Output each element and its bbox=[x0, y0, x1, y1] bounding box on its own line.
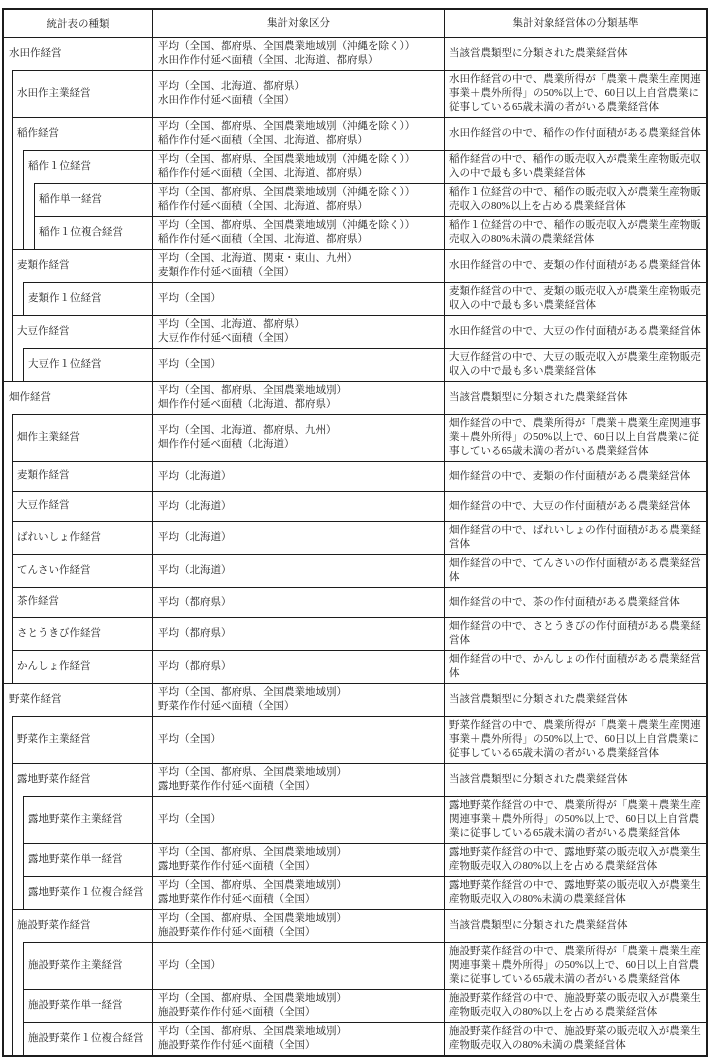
target-line: 平均（全国、都府県、全国農業地域別） bbox=[158, 1025, 439, 1039]
row-criteria-cell: 当該営農類型に分類された農業経営体 bbox=[444, 909, 706, 942]
row-label: 大豆作経営 bbox=[4, 497, 72, 515]
row-type-cell: 野菜作経営 bbox=[4, 683, 152, 716]
table-row: 施設野菜作経営平均（全国、都府県、全国農業地域別）施設野菜作作付延べ面積（全国）… bbox=[4, 909, 706, 942]
hierarchy-guide-line bbox=[12, 183, 13, 216]
hierarchy-separator-line bbox=[34, 183, 152, 184]
hierarchy-separator-line bbox=[4, 381, 152, 382]
target-line: 稲作作付延べ面積（全国、北海道、都府県） bbox=[158, 233, 439, 247]
hierarchy-guide-line bbox=[12, 617, 13, 650]
row-target-cell: 平均（全国、都府県、全国農業地域別（沖縄を除く））稲作作付延べ面積（全国、北海道… bbox=[152, 117, 444, 150]
target-line: 稲作作付延べ面積（全国、北海道、都府県） bbox=[158, 200, 439, 214]
row-target-cell: 平均（全国、都府県、全国農業地域別（沖縄を除く））稲作作付延べ面積（全国、北海道… bbox=[152, 216, 444, 249]
row-criteria-cell: 水田作経営の中で、麦類の作付面積がある農業経営体 bbox=[444, 249, 706, 282]
target-line: 平均（北海道） bbox=[158, 531, 439, 545]
row-type-cell: 稲作１位複合経営 bbox=[4, 216, 152, 249]
hierarchy-separator-line bbox=[12, 491, 152, 492]
row-target-cell: 平均（全国） bbox=[152, 282, 444, 315]
row-type-cell: 大豆作１位経営 bbox=[4, 348, 152, 381]
row-type-cell: 茶作経営 bbox=[4, 587, 152, 617]
row-criteria-cell: 畑作経営の中で、麦類の作付面積がある農業経営体 bbox=[444, 461, 706, 491]
row-criteria-cell: 露地野菜作経営の中で、露地野菜の販売収入が農業生産物販売収入の80%未満の農業経… bbox=[444, 876, 706, 909]
hierarchy-separator-line bbox=[12, 521, 152, 522]
hierarchy-guide-line bbox=[23, 876, 24, 909]
hierarchy-guide-line bbox=[12, 989, 13, 1022]
row-criteria-cell: 当該営農類型に分類された農業経営体 bbox=[444, 37, 706, 70]
row-type-cell: 麦類作１位経営 bbox=[4, 282, 152, 315]
target-line: 稲作作付延べ面積（全国、北海道、都府県） bbox=[158, 134, 439, 148]
hierarchy-guide-line bbox=[12, 348, 13, 381]
table-row: 施設野菜作主業経営平均（全国）施設野菜作経営の中で、農業所得が「農業＋農業生産関… bbox=[4, 942, 706, 989]
hierarchy-guide-line bbox=[23, 843, 24, 876]
row-type-cell: てんさい作経営 bbox=[4, 554, 152, 587]
row-criteria-cell: 畑作経営の中で、てんさいの作付面積がある農業経営体 bbox=[444, 554, 706, 587]
target-line: 平均（全国、都府県、全国農業地域別） bbox=[158, 992, 439, 1006]
row-target-cell: 平均（北海道） bbox=[152, 554, 444, 587]
row-target-cell: 平均（全国） bbox=[152, 716, 444, 763]
row-target-cell: 平均（全国、都府県、全国農業地域別）畑作作付延べ面積（北海道、都府県） bbox=[152, 381, 444, 414]
row-label: 水田作経営 bbox=[4, 45, 64, 63]
row-type-cell: 露地野菜作１位複合経営 bbox=[4, 876, 152, 909]
column-header-criteria: 集計対象経営体の分類基準 bbox=[444, 10, 706, 37]
row-type-cell: 麦類作経営 bbox=[4, 461, 152, 491]
row-criteria-cell: 畑作経営の中で、大豆の作付面積がある農業経営体 bbox=[444, 491, 706, 521]
table-header-row: 統計表の種類 集計対象区分 集計対象経営体の分類基準 bbox=[4, 10, 706, 37]
row-target-cell: 平均（全国、北海道、都府県、九州）畑作作付延べ面積（北海道） bbox=[152, 414, 444, 461]
row-criteria-cell: 畑作経営の中で、かんしょの作付面積がある農業経営体 bbox=[444, 650, 706, 683]
target-line: 水田作作付延べ面積（全国、北海道、都府県） bbox=[158, 54, 439, 68]
hierarchy-guide-line bbox=[12, 763, 13, 796]
table-row: 大豆作１位経営平均（全国）大豆作経営の中で、大豆の販売収入が農業生産物販売収入の… bbox=[4, 348, 706, 381]
hierarchy-separator-line bbox=[12, 414, 152, 415]
hierarchy-guide-line bbox=[23, 183, 24, 216]
row-type-cell: 大豆作経営 bbox=[4, 315, 152, 348]
hierarchy-separator-line bbox=[12, 909, 152, 910]
target-line: 麦類作作付延べ面積（全国） bbox=[158, 266, 439, 280]
hierarchy-guide-line bbox=[12, 942, 13, 989]
target-line: 平均（全国、都府県、全国農業地域別） bbox=[158, 912, 439, 926]
row-target-cell: 平均（北海道） bbox=[152, 461, 444, 491]
row-type-cell: 稲作１位経営 bbox=[4, 150, 152, 183]
row-type-cell: 露地野菜作主業経営 bbox=[4, 796, 152, 843]
row-criteria-cell: 畑作経営の中で、ばれいしょの作付面積がある農業経営体 bbox=[444, 521, 706, 554]
row-target-cell: 平均（全国、都府県、全国農業地域別）露地野菜作作付延べ面積（全国） bbox=[152, 843, 444, 876]
hierarchy-guide-line bbox=[23, 216, 24, 249]
hierarchy-guide-line bbox=[34, 216, 35, 249]
table-row: 畑作経営平均（全国、都府県、全国農業地域別）畑作作付延べ面積（北海道、都府県）当… bbox=[4, 381, 706, 414]
column-header-target: 集計対象区分 bbox=[152, 10, 444, 37]
hierarchy-separator-line bbox=[12, 461, 152, 462]
hierarchy-guide-line bbox=[12, 150, 13, 183]
target-line: 露地野菜作作付延べ面積（全国） bbox=[158, 893, 439, 907]
hierarchy-guide-line bbox=[12, 1022, 13, 1055]
hierarchy-guide-line bbox=[23, 150, 24, 183]
target-line: 平均（全国、都府県、全国農業地域別） bbox=[158, 879, 439, 893]
table-row: 麦類作経営平均（北海道）畑作経営の中で、麦類の作付面積がある農業経営体 bbox=[4, 461, 706, 491]
target-line: 稲作作付延べ面積（全国、北海道、都府県） bbox=[158, 167, 439, 181]
target-line: 露地野菜作作付延べ面積（全国） bbox=[158, 860, 439, 874]
hierarchy-separator-line bbox=[12, 315, 152, 316]
row-criteria-cell: 稲作１位経営の中で、稲作の販売収入が農業生産物販売収入の80%未満の農業経営体 bbox=[444, 216, 706, 249]
document-page: 統計表の種類 集計対象区分 集計対象経営体の分類基準 水田作経営平均（全国、都府… bbox=[0, 0, 710, 957]
table-row: 稲作１位経営平均（全国、都府県、全国農業地域別（沖縄を除く））稲作作付延べ面積（… bbox=[4, 150, 706, 183]
hierarchy-separator-line bbox=[12, 117, 152, 118]
target-line: 平均（全国、北海道、都府県） bbox=[158, 318, 439, 332]
hierarchy-separator-line bbox=[23, 1022, 152, 1023]
row-target-cell: 平均（全国、北海道、関東・東山、九州）麦類作作付延べ面積（全国） bbox=[152, 249, 444, 282]
hierarchy-separator-line bbox=[12, 763, 152, 764]
target-line: 平均（全国、北海道、関東・東山、九州） bbox=[158, 252, 439, 266]
row-type-cell: 露地野菜作単一経営 bbox=[4, 843, 152, 876]
row-type-cell: 稲作経営 bbox=[4, 117, 152, 150]
row-criteria-cell: 施設野菜作経営の中で、施設野菜の販売収入が農業生産物販売収入の80%未満の農業経… bbox=[444, 1022, 706, 1055]
row-criteria-cell: 水田作経営の中で、大豆の作付面積がある農業経営体 bbox=[444, 315, 706, 348]
target-line: 平均（全国、北海道、都府県） bbox=[158, 80, 439, 94]
hierarchy-separator-line bbox=[23, 942, 152, 943]
hierarchy-guide-line bbox=[12, 909, 13, 942]
row-target-cell: 平均（全国、都府県、全国農業地域別）施設野菜作作付延べ面積（全国） bbox=[152, 909, 444, 942]
table-row: 茶作経営平均（都府県）畑作経営の中で、茶の作付面積がある農業経営体 bbox=[4, 587, 706, 617]
hierarchy-guide-line bbox=[23, 942, 24, 989]
row-label: 大豆作１位経営 bbox=[4, 356, 104, 374]
row-type-cell: 施設野菜作１位複合経営 bbox=[4, 1022, 152, 1055]
hierarchy-guide-line bbox=[12, 461, 13, 491]
hierarchy-guide-line bbox=[12, 216, 13, 249]
hierarchy-guide-line bbox=[12, 315, 13, 348]
row-label: 麦類作経営 bbox=[4, 257, 72, 275]
row-type-cell: 露地野菜作経営 bbox=[4, 763, 152, 796]
target-line: 施設野菜作作付延べ面積（全国） bbox=[158, 1006, 439, 1020]
target-line: 平均（全国、都府県、全国農業地域別（沖縄を除く）） bbox=[158, 40, 439, 54]
target-line: 施設野菜作作付延べ面積（全国） bbox=[158, 1039, 439, 1053]
hierarchy-guide-line bbox=[34, 183, 35, 216]
row-type-cell: 施設野菜作経営 bbox=[4, 909, 152, 942]
table-row: 水田作経営平均（全国、都府県、全国農業地域別（沖縄を除く））水田作作付延べ面積（… bbox=[4, 37, 706, 70]
row-target-cell: 平均（全国、都府県、全国農業地域別）露地野菜作作付延べ面積（全国） bbox=[152, 763, 444, 796]
target-line: 露地野菜作作付延べ面積（全国） bbox=[158, 780, 439, 794]
hierarchy-separator-line bbox=[4, 683, 152, 684]
target-line: 平均（全国、都府県、全国農業地域別（沖縄を除く）） bbox=[158, 219, 439, 233]
row-type-cell: ばれいしょ作経営 bbox=[4, 521, 152, 554]
hierarchy-guide-line bbox=[12, 414, 13, 461]
row-label: 野菜作経営 bbox=[4, 691, 64, 709]
row-label: 麦類作１位経営 bbox=[4, 290, 104, 308]
target-line: 平均（全国、都府県、全国農業地域別） bbox=[158, 384, 439, 398]
hierarchy-separator-line bbox=[23, 876, 152, 877]
row-type-cell: 施設野菜作主業経営 bbox=[4, 942, 152, 989]
hierarchy-separator-line bbox=[12, 587, 152, 588]
row-target-cell: 平均（北海道） bbox=[152, 521, 444, 554]
target-line: 水田作作付延べ面積（全国） bbox=[158, 94, 439, 108]
target-line: 畑作作付延べ面積（北海道） bbox=[158, 438, 439, 452]
row-label: 露地野菜作１位複合経営 bbox=[4, 884, 146, 902]
table-row: 野菜作主業経営平均（全国）野菜作経営の中で、農業所得が「農業＋農業生産関連事業＋… bbox=[4, 716, 706, 763]
table-row: ばれいしょ作経営平均（北海道）畑作経営の中で、ばれいしょの作付面積がある農業経営… bbox=[4, 521, 706, 554]
hierarchy-guide-line bbox=[12, 843, 13, 876]
table-row: 畑作主業経営平均（全国、北海道、都府県、九州）畑作作付延べ面積（北海道）畑作経営… bbox=[4, 414, 706, 461]
hierarchy-guide-line bbox=[23, 282, 24, 315]
hierarchy-guide-line bbox=[12, 70, 13, 117]
hierarchy-separator-line bbox=[12, 716, 152, 717]
target-line: 平均（北海道） bbox=[158, 500, 439, 514]
statistics-classification-table: 統計表の種類 集計対象区分 集計対象経営体の分類基準 水田作経営平均（全国、都府… bbox=[2, 8, 708, 1057]
target-line: 平均（全国、都府県、全国農業地域別（沖縄を除く）） bbox=[158, 186, 439, 200]
row-type-cell: 水田作経営 bbox=[4, 37, 152, 70]
target-line: 平均（全国） bbox=[158, 358, 439, 372]
target-line: 野菜作作付延べ面積（全国） bbox=[158, 700, 439, 714]
row-target-cell: 平均（全国、都府県、全国農業地域別）施設野菜作作付延べ面積（全国） bbox=[152, 1022, 444, 1055]
table-row: 露地野菜作主業経営平均（全国）露地野菜作経営の中で、農業所得が「農業＋農業生産関… bbox=[4, 796, 706, 843]
hierarchy-guide-line bbox=[12, 491, 13, 521]
row-label: さとうきび作経営 bbox=[4, 625, 103, 643]
hierarchy-separator-line bbox=[12, 554, 152, 555]
hierarchy-separator-line bbox=[12, 249, 152, 250]
hierarchy-guide-line bbox=[12, 249, 13, 282]
row-target-cell: 平均（北海道） bbox=[152, 491, 444, 521]
hierarchy-guide-line bbox=[23, 1022, 24, 1055]
row-type-cell: 畑作主業経営 bbox=[4, 414, 152, 461]
hierarchy-separator-line bbox=[23, 150, 152, 151]
hierarchy-separator-line bbox=[23, 796, 152, 797]
row-type-cell: 大豆作経営 bbox=[4, 491, 152, 521]
target-line: 平均（全国） bbox=[158, 959, 439, 973]
target-line: 平均（全国、都府県、全国農業地域別（沖縄を除く）） bbox=[158, 120, 439, 134]
table-row: 露地野菜作単一経営平均（全国、都府県、全国農業地域別）露地野菜作作付延べ面積（全… bbox=[4, 843, 706, 876]
row-target-cell: 平均（全国、北海道、都府県）水田作作付延べ面積（全国） bbox=[152, 70, 444, 117]
hierarchy-separator-line bbox=[23, 989, 152, 990]
row-label: 施設野菜作１位複合経営 bbox=[4, 1030, 146, 1048]
row-criteria-cell: 畑作経営の中で、さとうきびの作付面積がある農業経営体 bbox=[444, 617, 706, 650]
table-row: 施設野菜作単一経営平均（全国、都府県、全国農業地域別）施設野菜作作付延べ面積（全… bbox=[4, 989, 706, 1022]
row-target-cell: 平均（全国、都府県、全国農業地域別）野菜作作付延べ面積（全国） bbox=[152, 683, 444, 716]
row-target-cell: 平均（全国） bbox=[152, 796, 444, 843]
row-label: 野菜作主業経営 bbox=[4, 731, 93, 749]
hierarchy-guide-line bbox=[12, 716, 13, 763]
row-criteria-cell: 麦類作経営の中で、麦類の販売収入が農業生産物販売収入の中で最も多い農業経営体 bbox=[444, 282, 706, 315]
row-type-cell: 麦類作経営 bbox=[4, 249, 152, 282]
target-line: 平均（北海道） bbox=[158, 470, 439, 484]
row-criteria-cell: 施設野菜作経営の中で、施設野菜の販売収入が農業生産物販売収入の80%以上を占める… bbox=[444, 989, 706, 1022]
row-target-cell: 平均（全国、都府県、全国農業地域別（沖縄を除く））稲作作付延べ面積（全国、北海道… bbox=[152, 150, 444, 183]
row-criteria-cell: 稲作経営の中で、稲作の販売収入が農業生産物販売収入の中で最も多い農業経営体 bbox=[444, 150, 706, 183]
hierarchy-guide-line bbox=[12, 282, 13, 315]
table-row: 大豆作経営平均（北海道）畑作経営の中で、大豆の作付面積がある農業経営体 bbox=[4, 491, 706, 521]
row-label: 稲作１位経営 bbox=[4, 158, 93, 176]
hierarchy-guide-line bbox=[12, 650, 13, 683]
target-line: 平均（全国、都府県、全国農業地域別） bbox=[158, 846, 439, 860]
row-label: かんしょ作経営 bbox=[4, 658, 93, 676]
hierarchy-guide-line bbox=[12, 796, 13, 843]
target-line: 平均（全国、北海道、都府県、九州） bbox=[158, 424, 439, 438]
row-type-cell: 野菜作主業経営 bbox=[4, 716, 152, 763]
target-line: 畑作作付延べ面積（北海道、都府県） bbox=[158, 398, 439, 412]
row-type-cell: 施設野菜作単一経営 bbox=[4, 989, 152, 1022]
row-criteria-cell: 畑作経営の中で、茶の作付面積がある農業経営体 bbox=[444, 587, 706, 617]
table-row: 麦類作経営平均（全国、北海道、関東・東山、九州）麦類作作付延べ面積（全国）水田作… bbox=[4, 249, 706, 282]
row-criteria-cell: 当該営農類型に分類された農業経営体 bbox=[444, 763, 706, 796]
table-row: てんさい作経営平均（北海道）畑作経営の中で、てんさいの作付面積がある農業経営体 bbox=[4, 554, 706, 587]
row-type-cell: 水田作主業経営 bbox=[4, 70, 152, 117]
table-row: 野菜作経営平均（全国、都府県、全国農業地域別）野菜作作付延べ面積（全国）当該営農… bbox=[4, 683, 706, 716]
hierarchy-guide-line bbox=[23, 348, 24, 381]
hierarchy-separator-line bbox=[12, 617, 152, 618]
row-label: 露地野菜作経営 bbox=[4, 771, 93, 789]
target-line: 平均（全国） bbox=[158, 292, 439, 306]
row-label: 大豆作経営 bbox=[4, 323, 72, 341]
row-label: 施設野菜作経営 bbox=[4, 917, 93, 935]
row-target-cell: 平均（全国） bbox=[152, 942, 444, 989]
row-label: 畑作主業経営 bbox=[4, 429, 82, 447]
row-label: 畑作経営 bbox=[4, 389, 53, 407]
hierarchy-separator-line bbox=[12, 70, 152, 71]
table-row: 露地野菜作経営平均（全国、都府県、全国農業地域別）露地野菜作作付延べ面積（全国）… bbox=[4, 763, 706, 796]
target-line: 平均（都府県） bbox=[158, 596, 439, 610]
row-label: ばれいしょ作経営 bbox=[4, 529, 103, 547]
table-row: 施設野菜作１位複合経営平均（全国、都府県、全国農業地域別）施設野菜作作付延べ面積… bbox=[4, 1022, 706, 1055]
row-criteria-cell: 露地野菜作経営の中で、農業所得が「農業＋農業生産関連事業＋農外所得」の50%以上… bbox=[444, 796, 706, 843]
hierarchy-separator-line bbox=[34, 216, 152, 217]
row-target-cell: 平均（全国、都府県、全国農業地域別（沖縄を除く））稲作作付延べ面積（全国、北海道… bbox=[152, 183, 444, 216]
row-target-cell: 平均（都府県） bbox=[152, 587, 444, 617]
row-target-cell: 平均（都府県） bbox=[152, 650, 444, 683]
hierarchy-guide-line bbox=[23, 989, 24, 1022]
row-target-cell: 平均（全国） bbox=[152, 348, 444, 381]
row-criteria-cell: 畑作経営の中で、農業所得が「農業＋農業生産関連事業＋農外所得」の50%以上で、6… bbox=[444, 414, 706, 461]
row-type-cell: さとうきび作経営 bbox=[4, 617, 152, 650]
table-row: 麦類作１位経営平均（全国）麦類作経営の中で、麦類の販売収入が農業生産物販売収入の… bbox=[4, 282, 706, 315]
row-criteria-cell: 大豆作経営の中で、大豆の販売収入が農業生産物販売収入の中で最も多い農業経営体 bbox=[444, 348, 706, 381]
target-line: 平均（全国） bbox=[158, 813, 439, 827]
table-row: 露地野菜作１位複合経営平均（全国、都府県、全国農業地域別）露地野菜作作付延べ面積… bbox=[4, 876, 706, 909]
hierarchy-guide-line bbox=[12, 876, 13, 909]
row-target-cell: 平均（全国、都府県、全国農業地域別）露地野菜作作付延べ面積（全国） bbox=[152, 876, 444, 909]
table-row: 水田作主業経営平均（全国、北海道、都府県）水田作作付延べ面積（全国）水田作経営の… bbox=[4, 70, 706, 117]
hierarchy-guide-line bbox=[23, 796, 24, 843]
row-criteria-cell: 水田作経営の中で、農業所得が「農業＋農業生産関連事業＋農外所得」の50%以上で、… bbox=[444, 70, 706, 117]
table-row: かんしょ作経営平均（都府県）畑作経営の中で、かんしょの作付面積がある農業経営体 bbox=[4, 650, 706, 683]
row-label: てんさい作経営 bbox=[4, 562, 93, 580]
hierarchy-guide-line bbox=[12, 117, 13, 150]
target-line: 大豆作作付延べ面積（全国） bbox=[158, 332, 439, 346]
hierarchy-separator-line bbox=[12, 650, 152, 651]
target-line: 平均（都府県） bbox=[158, 627, 439, 641]
target-line: 平均（北海道） bbox=[158, 564, 439, 578]
row-criteria-cell: 稲作１位経営の中で、稲作の販売収入が農業生産物販売収入の80%以上を占める農業経… bbox=[444, 183, 706, 216]
row-criteria-cell: 水田作経営の中で、稲作の作付面積がある農業経営体 bbox=[444, 117, 706, 150]
hierarchy-separator-line bbox=[23, 348, 152, 349]
row-target-cell: 平均（全国、都府県、全国農業地域別（沖縄を除く））水田作作付延べ面積（全国、北海… bbox=[152, 37, 444, 70]
target-line: 平均（都府県） bbox=[158, 660, 439, 674]
row-target-cell: 平均（都府県） bbox=[152, 617, 444, 650]
table-row: さとうきび作経営平均（都府県）畑作経営の中で、さとうきびの作付面積がある農業経営… bbox=[4, 617, 706, 650]
row-criteria-cell: 野菜作経営の中で、農業所得が「農業＋農業生産関連事業＋農外所得」の50%以上で、… bbox=[444, 716, 706, 763]
hierarchy-guide-line bbox=[12, 554, 13, 587]
row-criteria-cell: 露地野菜作経営の中で、露地野菜の販売収入が農業生産物販売収入の80%以上を占める… bbox=[444, 843, 706, 876]
row-target-cell: 平均（全国、都府県、全国農業地域別）施設野菜作作付延べ面積（全国） bbox=[152, 989, 444, 1022]
hierarchy-separator-line bbox=[23, 843, 152, 844]
row-type-cell: 畑作経営 bbox=[4, 381, 152, 414]
row-type-cell: かんしょ作経営 bbox=[4, 650, 152, 683]
target-line: 施設野菜作作付延べ面積（全国） bbox=[158, 926, 439, 940]
hierarchy-guide-line bbox=[12, 521, 13, 554]
row-criteria-cell: 当該営農類型に分類された農業経営体 bbox=[444, 683, 706, 716]
row-label: 麦類作経営 bbox=[4, 467, 72, 485]
hierarchy-separator-line bbox=[4, 37, 152, 38]
column-header-type: 統計表の種類 bbox=[4, 10, 152, 37]
table-row: 稲作経営平均（全国、都府県、全国農業地域別（沖縄を除く））稲作作付延べ面積（全国… bbox=[4, 117, 706, 150]
row-target-cell: 平均（全国、北海道、都府県）大豆作作付延べ面積（全国） bbox=[152, 315, 444, 348]
row-criteria-cell: 当該営農類型に分類された農業経営体 bbox=[444, 381, 706, 414]
table-row: 稲作単一経営平均（全国、都府県、全国農業地域別（沖縄を除く））稲作作付延べ面積（… bbox=[4, 183, 706, 216]
target-line: 平均（全国） bbox=[158, 733, 439, 747]
target-line: 平均（全国、都府県、全国農業地域別） bbox=[158, 686, 439, 700]
row-label: 稲作単一経営 bbox=[4, 191, 104, 209]
row-label: 水田作主業経営 bbox=[4, 85, 93, 103]
row-type-cell: 稲作単一経営 bbox=[4, 183, 152, 216]
table-row: 稲作１位複合経営平均（全国、都府県、全国農業地域別（沖縄を除く））稲作作付延べ面… bbox=[4, 216, 706, 249]
row-criteria-cell: 施設野菜作経営の中で、農業所得が「農業＋農業生産関連事業＋農外所得」の50%以上… bbox=[444, 942, 706, 989]
hierarchy-separator-line bbox=[23, 282, 152, 283]
table-row: 大豆作経営平均（全国、北海道、都府県）大豆作作付延べ面積（全国）水田作経営の中で… bbox=[4, 315, 706, 348]
target-line: 平均（全国、都府県、全国農業地域別） bbox=[158, 766, 439, 780]
hierarchy-guide-line bbox=[12, 587, 13, 617]
target-line: 平均（全国、都府県、全国農業地域別（沖縄を除く）） bbox=[158, 153, 439, 167]
